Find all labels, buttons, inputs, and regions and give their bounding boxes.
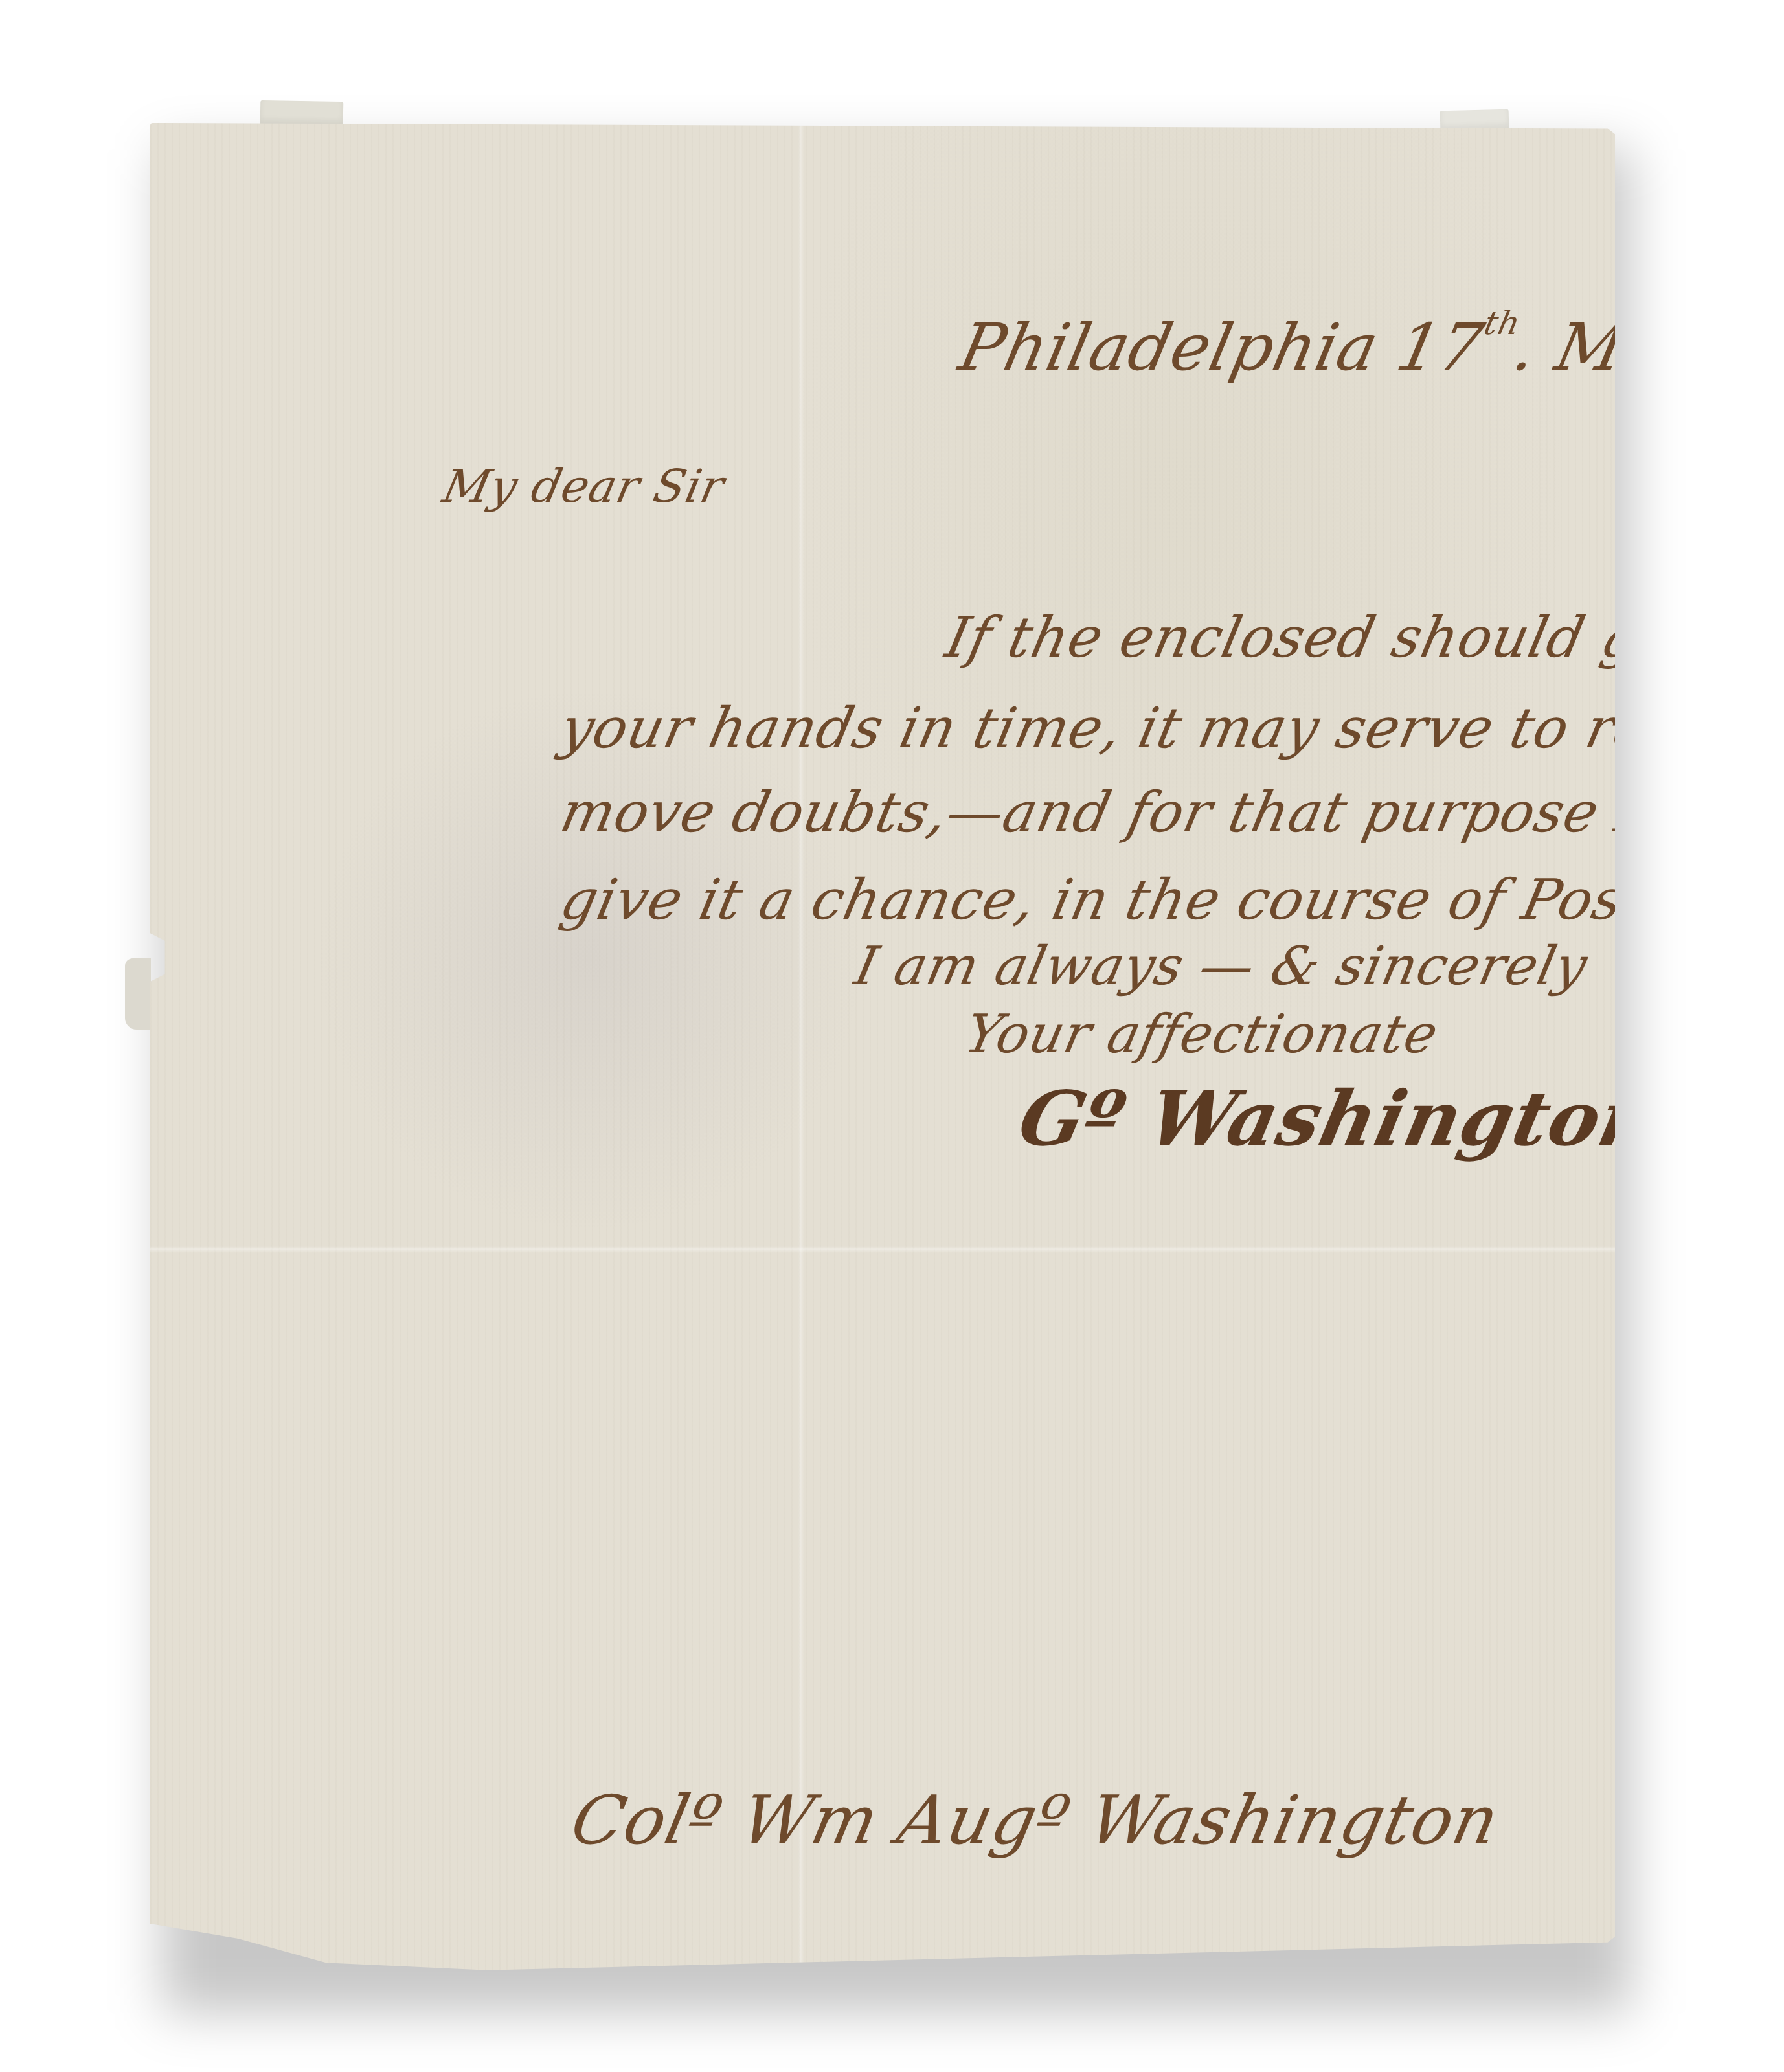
body-line-4: give it a chance, in the course of Post. [555,868,1671,932]
dateline-day-suffix: th [1481,304,1524,342]
recipient-address: Colº Wm Augº Washington [565,1781,1506,1860]
closing-line-2: Your affectionate [960,1004,1443,1065]
signature: Gº Washington [1011,1075,1665,1163]
closing-line-1: I am always — & sincerely [850,936,1593,997]
dateline-day: 17 [1390,310,1490,385]
letter-sheet: Philadelphia 17th. May 1795. My dear Sir… [150,123,1615,1981]
dateline-month-year: May 1795. [1549,310,1784,385]
salutation: My dear Sir [438,460,729,513]
body-line-2: your hands in time, it may serve to re: [555,696,1674,761]
body-line-3: move doubts,—and for that purpose I [555,780,1646,845]
mounting-tab-side [125,958,151,1030]
mounting-tab-left [260,100,344,125]
body-line-1: If the enclosed should get to [940,605,1778,670]
mounting-tab-right [1440,109,1509,131]
dateline: Philadelphia 17th. May 1795. [953,304,1784,385]
dateline-place: Philadelphia [953,310,1385,385]
